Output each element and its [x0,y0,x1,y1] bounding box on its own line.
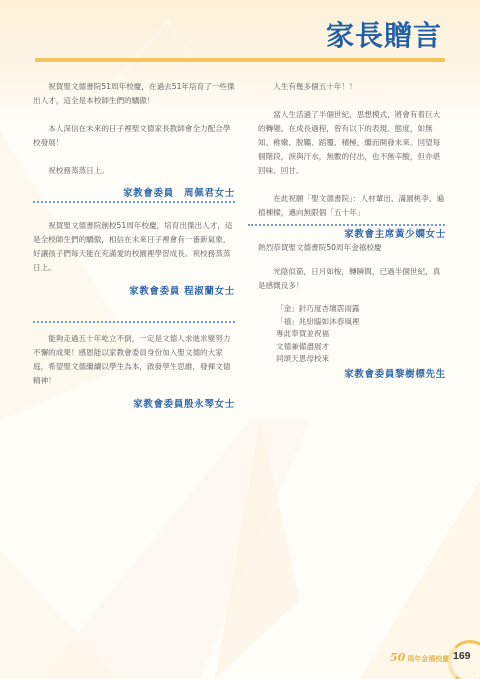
section-divider [33,321,235,323]
poem-line: 同頌天恩母校來 [276,353,446,366]
section-divider [248,224,445,226]
anniversary-logo: 50周年金禧校慶 [390,651,449,664]
signature: 家教會主席黃少嫻女士 [258,228,446,242]
signature: 家教會委員 程淑蘭女士 [33,285,235,299]
message-paragraph: 祝賀聖文德書院創校51周年校慶，培育出傑出人才，這是全校師生們的驕傲，相信在未來… [33,219,235,275]
message-paragraph: 光陰似箭，日月如梭，轉瞬間，已過半個世紀，真是感慨良多！ [258,265,446,293]
left-message-3: 能夠走過五十年屹立不倒，一定是文德人求進求變努力不懈的成果！感恩能以家教會委員身… [33,332,235,426]
title-underline [35,58,445,62]
left-message-2: 祝賀聖文德書院創校51周年校慶，培育出傑出人才，這是全校師生們的驕傲，相信在未來… [33,219,235,313]
poem-line: 「金」針巧度杏壇霑雨露 [276,303,446,316]
message-paragraph: 祝校務蒸蒸日上。 [33,164,235,178]
anniversary-number: 50 [390,651,405,664]
poem: 「金」針巧度杏壇霑雨露 「禧」兆紛臨如沐春風裡 專此奉賀並祝福 文德兼備盡展才 … [258,303,446,366]
message-paragraph: 本人深信在未來的日子裡聖文德家長教師會全力配合學校發展！ [33,122,235,150]
right-message-1: 人生有幾多個五十年！！ 當人生活過了半個世紀，思想模式，將會有着巨大的轉變。在成… [258,80,446,256]
message-paragraph: 在此祝願「聖文德書院」：人材輩出、滿園桃李、遍植棟樑，邁向無限個「五十年」 [258,192,446,220]
message-paragraph: 能夠走過五十年屹立不倒，一定是文德人求進求變努力不懈的成果！感恩能以家教會委員身… [33,332,235,388]
right-message-2: 熱烈恭賀聖文德書院50周年金禧校慶 光陰似箭，日月如梭，轉瞬間，已過半個世紀，真… [258,241,446,396]
message-heading: 熱烈恭賀聖文德書院50周年金禧校慶 [258,241,446,255]
anniversary-text: 周年金禧校慶 [407,654,449,663]
poem-line: 專此奉賀並祝福 [276,328,446,341]
message-paragraph: 祝賀聖文德書院51周年校慶，在過去51年培育了一些傑出人才，這全是本校師生們的驕… [33,80,235,108]
poem-line: 「禧」兆紛臨如沐春風裡 [276,316,446,329]
left-message-1: 祝賀聖文德書院51周年校慶，在過去51年培育了一些傑出人才，這全是本校師生們的驕… [33,80,235,215]
page-number: 169 [453,650,471,662]
message-paragraph: 當人生活過了半個世紀，思想模式，將會有着巨大的轉變。在成長過程，曾有以下的表現、… [258,108,446,178]
page-title: 家長贈言 [326,14,442,54]
section-divider [33,201,235,203]
message-paragraph: 人生有幾多個五十年！！ [258,80,446,94]
poem-line: 文德兼備盡展才 [276,341,446,354]
signature: 家教會委員殷永琴女士 [33,398,235,412]
signature: 家教會委員黎樹標先生 [258,368,446,382]
signature: 家教會委員 周佩君女士 [33,187,235,201]
